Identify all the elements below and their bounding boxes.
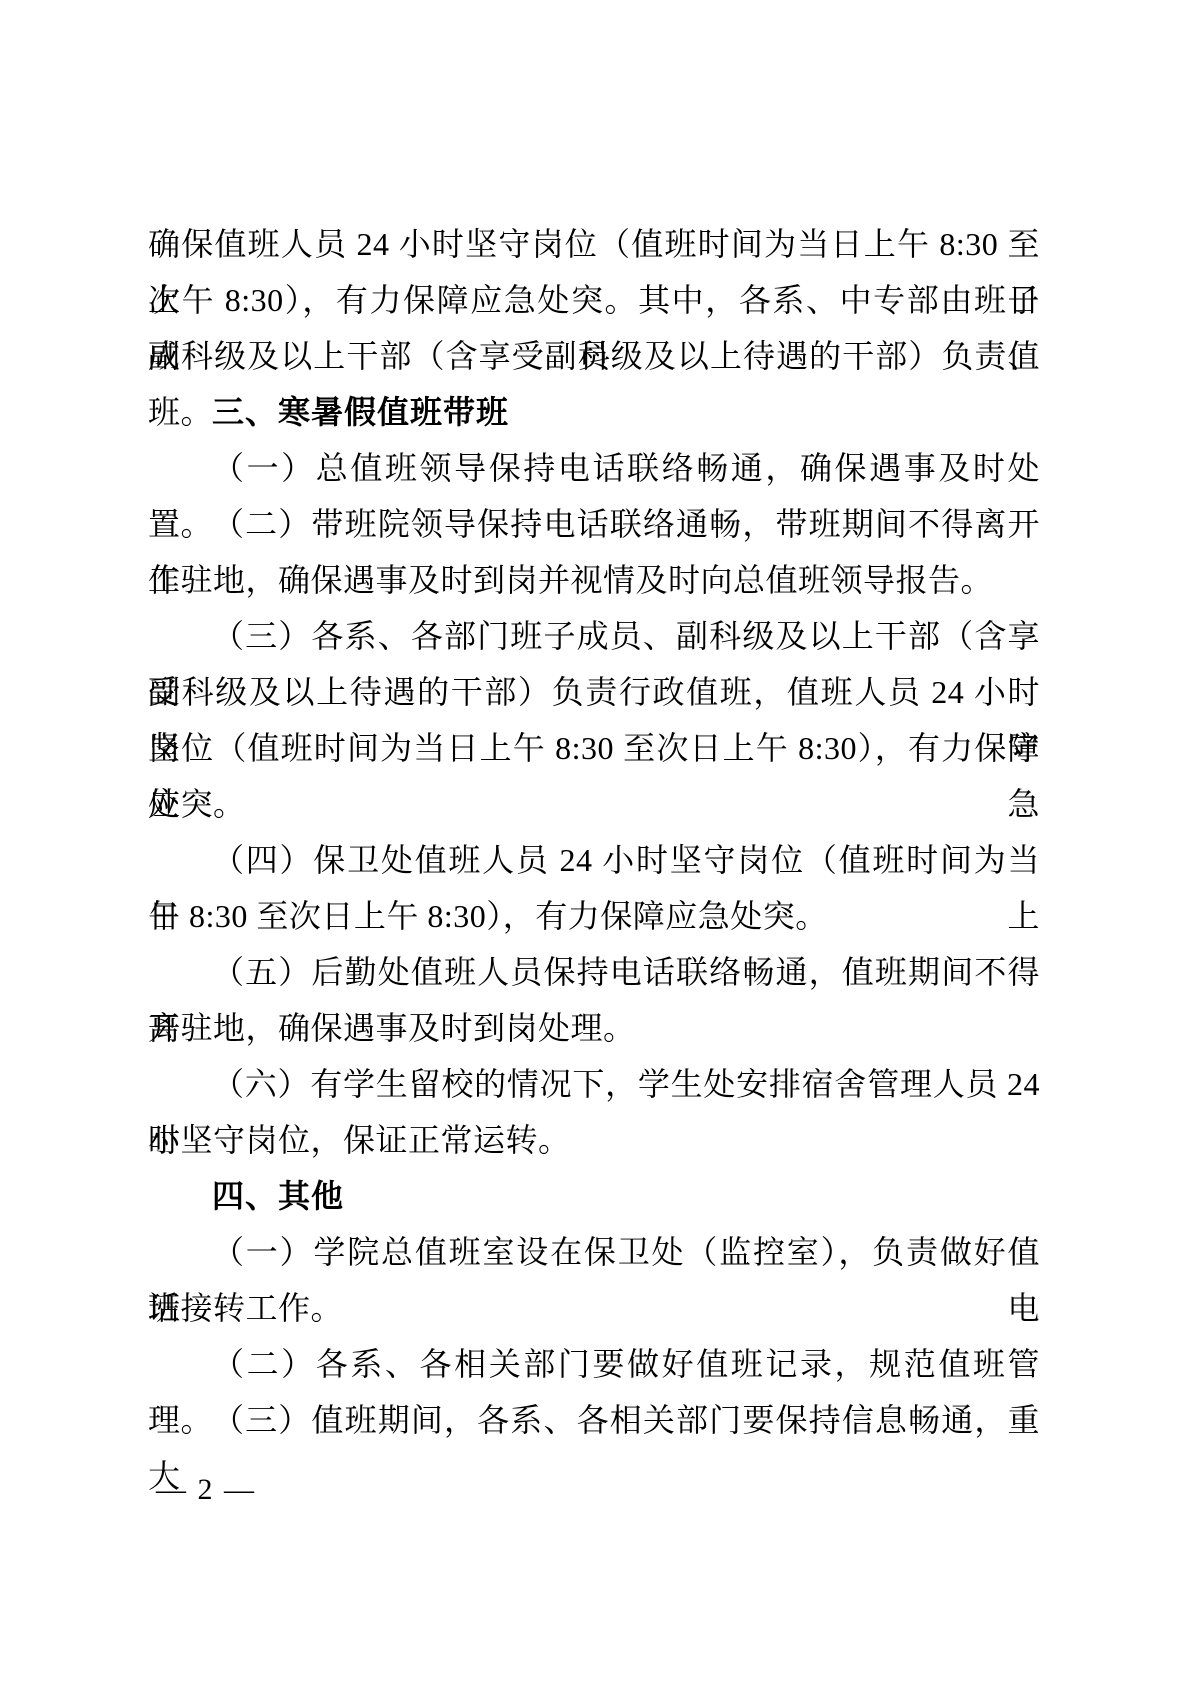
text-line: （一）学院总值班室设在保卫处（监控室），负责做好值班电	[148, 1224, 1040, 1280]
text-line: 岗位（值班时间为当日上午 8:30 至次日上午 8:30），有力保障应急	[148, 720, 1040, 776]
text-line: 开驻地，确保遇事及时到岗处理。	[148, 1000, 1040, 1056]
text-line: 确保值班人员 24 小时坚守岗位（值班时间为当日上午 8:30 至次日	[148, 216, 1040, 272]
section-heading-4: 四、其他	[148, 1168, 1040, 1224]
section-heading-3: 三、寒暑假值班带班	[148, 384, 1040, 440]
text-line: （三）各系、各部门班子成员、副科级及以上干部（含享受	[148, 608, 1040, 664]
text-line: （二）各系、各相关部门要做好值班记录，规范值班管理。	[148, 1336, 1040, 1392]
text-line: （三）值班期间，各系、各相关部门要保持信息畅通，重大	[148, 1392, 1040, 1448]
document-page: 确保值班人员 24 小时坚守岗位（值班时间为当日上午 8:30 至次日 上午 8…	[0, 0, 1191, 1684]
document-body: 确保值班人员 24 小时坚守岗位（值班时间为当日上午 8:30 至次日 上午 8…	[148, 216, 1040, 1448]
text-line: （六）有学生留校的情况下，学生处安排宿舍管理人员 24 小	[148, 1056, 1040, 1112]
text-line: 作驻地，确保遇事及时到岗并视情及时向总值班领导报告。	[148, 552, 1040, 608]
text-line: （四）保卫处值班人员 24 小时坚守岗位（值班时间为当日上	[148, 832, 1040, 888]
text-line: （五）后勤处值班人员保持电话联络畅通，值班期间不得离	[148, 944, 1040, 1000]
text-line: （一）总值班领导保持电话联络畅通，确保遇事及时处置。	[148, 440, 1040, 496]
page-number: — 2 —	[156, 1468, 256, 1512]
text-line: （二）带班院领导保持电话联络通畅，带班期间不得离开工	[148, 496, 1040, 552]
text-line: 副科级及以上干部（含享受副科级及以上待遇的干部）负责值班。	[148, 328, 1040, 384]
text-line: 上午 8:30），有力保障应急处突。其中，各系、中专部由班子成员、	[148, 272, 1040, 328]
text-line: 时坚守岗位，保证正常运转。	[148, 1112, 1040, 1168]
text-line: 副科级及以上待遇的干部）负责行政值班，值班人员 24 小时坚守	[148, 664, 1040, 720]
